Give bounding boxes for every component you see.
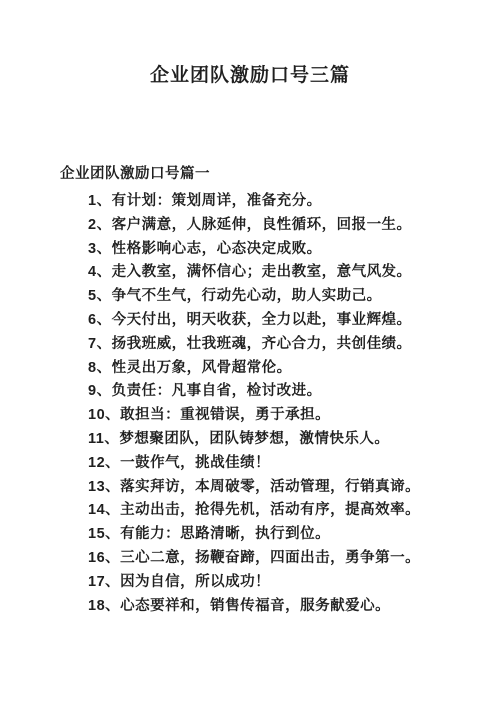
slogan-item-11: 11、梦想聚团队，团队铸梦想，激情快乐人。: [60, 428, 445, 452]
slogan-item-1: 1、有计划：策划周详，准备充分。: [60, 190, 445, 214]
slogan-item-13: 13、落实拜访，本周破零，活动管理，行销真谛。: [60, 476, 445, 500]
slogan-item-16: 16、三心二意，扬鞭奋蹄，四面出击，勇争第一。: [60, 547, 445, 571]
slogan-item-6: 6、今天付出，明天收获，全力以赴，事业辉煌。: [60, 309, 445, 333]
slogan-item-9: 9、负责任：凡事自省，检讨改进。: [60, 380, 445, 404]
slogan-item-12: 12、一鼓作气，挑战佳绩！: [60, 452, 445, 476]
slogan-item-7: 7、扬我班威，壮我班魂，齐心合力，共创佳绩。: [60, 333, 445, 357]
slogan-item-10: 10、敢担当：重视错误，勇于承担。: [60, 404, 445, 428]
section-heading: 企业团队激励口号篇一: [60, 164, 500, 184]
slogan-item-17: 17、因为自信，所以成功！: [60, 571, 445, 595]
slogan-item-3: 3、性格影响心志，心态决定成败。: [60, 238, 445, 262]
slogan-list: 1、有计划：策划周详，准备充分。 2、客户满意，人脉延伸，良性循环，回报一生。 …: [60, 190, 445, 618]
document-title: 企业团队激励口号三篇: [0, 0, 500, 88]
slogan-item-4: 4、走入教室，满怀信心；走出教室，意气风发。: [60, 261, 445, 285]
slogan-item-15: 15、有能力：思路清晰，执行到位。: [60, 523, 445, 547]
slogan-item-2: 2、客户满意，人脉延伸，良性循环，回报一生。: [60, 214, 445, 238]
slogan-item-18: 18、心态要祥和，销售传福音，服务献爱心。: [60, 595, 445, 619]
slogan-item-14: 14、主动出击，抢得先机，活动有序，提高效率。: [60, 499, 445, 523]
slogan-item-8: 8、性灵出万象，风骨超常伦。: [60, 357, 445, 381]
document-page: 企业团队激励口号三篇 企业团队激励口号篇一 1、有计划：策划周详，准备充分。 2…: [0, 0, 500, 708]
slogan-item-5: 5、争气不生气，行动先心动，助人实助己。: [60, 285, 445, 309]
